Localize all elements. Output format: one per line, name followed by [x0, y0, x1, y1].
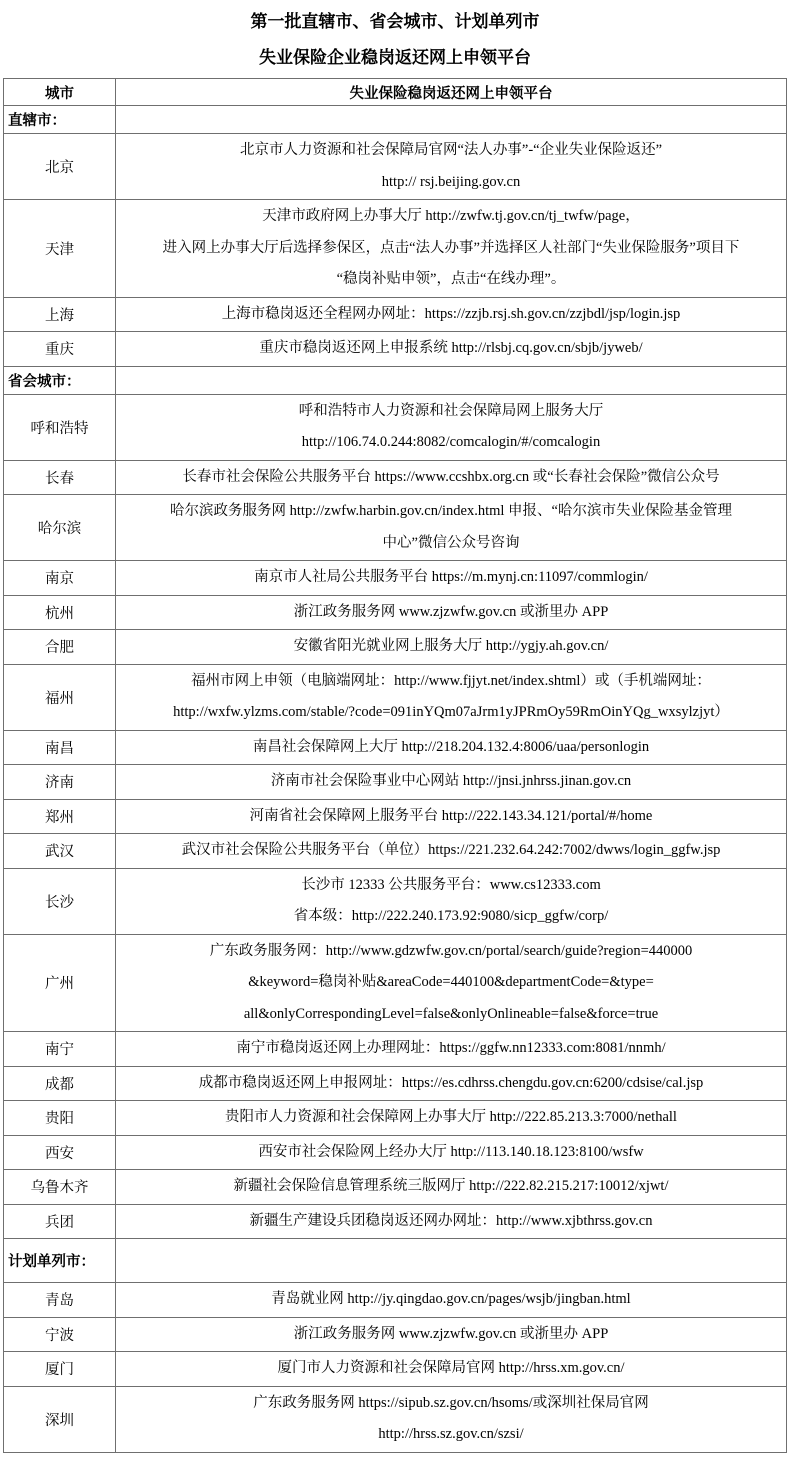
table-row: 呼和浩特呼和浩特市人力资源和社会保障局网上服务大厅http://106.74.0…	[4, 394, 787, 460]
city-name: 北京	[4, 134, 116, 200]
city-name: 宁波	[4, 1317, 116, 1352]
city-name: 哈尔滨	[4, 495, 116, 561]
platform-line: http://wxfw.ylzms.com/stable/?code=091in…	[120, 697, 782, 729]
platform-info: 上海市稳岗返还全程网办网址：https://zzjb.rsj.sh.gov.cn…	[116, 297, 787, 332]
table-row: 长春长春市社会保险公共服务平台 https://www.ccshbx.org.c…	[4, 460, 787, 495]
city-name: 长沙	[4, 868, 116, 934]
table-row: 南京南京市人社局公共服务平台 https://m.mynj.cn:11097/c…	[4, 561, 787, 596]
platform-info: 长沙市 12333 公共服务平台：www.cs12333.com省本级：http…	[116, 868, 787, 934]
table-row: 武汉武汉市社会保险公共服务平台（单位）https://221.232.64.24…	[4, 834, 787, 869]
table-row: 贵阳贵阳市人力资源和社会保障网上办事大厅 http://222.85.213.3…	[4, 1101, 787, 1136]
platform-line: http://106.74.0.244:8082/comcalogin/#/co…	[120, 427, 782, 459]
table-row: 青岛青岛就业网 http://jy.qingdao.gov.cn/pages/w…	[4, 1283, 787, 1318]
document: 第一批直辖市、省会城市、计划单列市 失业保险企业稳岗返还网上申领平台 城市 失业…	[0, 0, 790, 1470]
city-name: 兵团	[4, 1204, 116, 1239]
platform-line: 武汉市社会保险公共服务平台（单位）https://221.232.64.242:…	[120, 835, 782, 867]
city-name: 济南	[4, 765, 116, 800]
platform-line: 中心”微信公众号咨询	[120, 528, 782, 560]
platform-line: 北京市人力资源和社会保障局官网“法人办事”-“企业失业保险返还”	[120, 135, 782, 167]
city-name: 深圳	[4, 1386, 116, 1452]
city-name: 青岛	[4, 1283, 116, 1318]
platform-line: 浙江政务服务网 www.zjzwfw.gov.cn 或浙里办 APP	[120, 597, 782, 629]
table-row: 长沙长沙市 12333 公共服务平台：www.cs12333.com省本级：ht…	[4, 868, 787, 934]
table-row: 济南济南市社会保险事业中心网站 http://jnsi.jnhrss.jinan…	[4, 765, 787, 800]
platform-line: 长沙市 12333 公共服务平台：www.cs12333.com	[120, 870, 782, 902]
table-row: 宁波浙江政务服务网 www.zjzwfw.gov.cn 或浙里办 APP	[4, 1317, 787, 1352]
section-label: 省会城市：	[4, 366, 116, 394]
platform-line: 重庆市稳岗返还网上申报系统 http://rlsbj.cq.gov.cn/sbj…	[120, 333, 782, 365]
platform-line: 广东政务服务网：http://www.gdzwfw.gov.cn/portal/…	[120, 936, 782, 968]
table-row: 南昌南昌社会保障网上大厅 http://218.204.132.4:8006/u…	[4, 730, 787, 765]
platform-info: 呼和浩特市人力资源和社会保障局网上服务大厅http://106.74.0.244…	[116, 394, 787, 460]
table-row: 西安西安市社会保险网上经办大厅 http://113.140.18.123:81…	[4, 1135, 787, 1170]
table-row: 成都成都市稳岗返还网上申报网址：https://es.cdhrss.chengd…	[4, 1066, 787, 1101]
table-row: 直辖市：	[4, 106, 787, 134]
header-city-cell: 城市	[4, 79, 116, 106]
platform-line: 安徽省阳光就业网上服务大厅 http://ygjy.ah.gov.cn/	[120, 631, 782, 663]
table-body: 直辖市：北京北京市人力资源和社会保障局官网“法人办事”-“企业失业保险返还”ht…	[4, 106, 787, 1453]
city-name: 福州	[4, 664, 116, 730]
platform-info: 贵阳市人力资源和社会保障网上办事大厅 http://222.85.213.3:7…	[116, 1101, 787, 1136]
city-name: 重庆	[4, 332, 116, 367]
city-name: 厦门	[4, 1352, 116, 1387]
platform-line: &keyword=稳岗补贴&areaCode=440100&department…	[120, 967, 782, 999]
section-empty-cell	[116, 106, 787, 134]
table-row: 重庆重庆市稳岗返还网上申报系统 http://rlsbj.cq.gov.cn/s…	[4, 332, 787, 367]
platform-info: 新疆生产建设兵团稳岗返还网办网址：http://www.xjbthrss.gov…	[116, 1204, 787, 1239]
platform-line: 青岛就业网 http://jy.qingdao.gov.cn/pages/wsj…	[120, 1284, 782, 1316]
city-name: 南昌	[4, 730, 116, 765]
platform-line: 呼和浩特市人力资源和社会保障局网上服务大厅	[120, 396, 782, 428]
platform-info: 安徽省阳光就业网上服务大厅 http://ygjy.ah.gov.cn/	[116, 630, 787, 665]
platform-info: 长春市社会保险公共服务平台 https://www.ccshbx.org.cn …	[116, 460, 787, 495]
platform-info: 河南省社会保障网上服务平台 http://222.143.34.121/port…	[116, 799, 787, 834]
platform-line: 成都市稳岗返还网上申报网址：https://es.cdhrss.chengdu.…	[120, 1068, 782, 1100]
platform-info: 重庆市稳岗返还网上申报系统 http://rlsbj.cq.gov.cn/sbj…	[116, 332, 787, 367]
city-name: 西安	[4, 1135, 116, 1170]
city-name: 南宁	[4, 1032, 116, 1067]
section-label: 直辖市：	[4, 106, 116, 134]
platform-info: 成都市稳岗返还网上申报网址：https://es.cdhrss.chengdu.…	[116, 1066, 787, 1101]
document-title-line1: 第一批直辖市、省会城市、计划单列市	[0, 4, 790, 40]
city-name: 乌鲁木齐	[4, 1170, 116, 1205]
platform-info: 天津市政府网上办事大厅 http://zwfw.tj.gov.cn/tj_twf…	[116, 200, 787, 298]
table-row: 计划单列市：	[4, 1239, 787, 1283]
platform-line: 哈尔滨政务服务网 http://zwfw.harbin.gov.cn/index…	[120, 496, 782, 528]
platform-info: 西安市社会保险网上经办大厅 http://113.140.18.123:8100…	[116, 1135, 787, 1170]
platform-line: 上海市稳岗返还全程网办网址：https://zzjb.rsj.sh.gov.cn…	[120, 299, 782, 331]
table-row: 哈尔滨哈尔滨政务服务网 http://zwfw.harbin.gov.cn/in…	[4, 495, 787, 561]
table-row: 广州广东政务服务网：http://www.gdzwfw.gov.cn/porta…	[4, 934, 787, 1032]
platform-info: 南宁市稳岗返还网上办理网址：https://ggfw.nn12333.com:8…	[116, 1032, 787, 1067]
platform-info: 南昌社会保障网上大厅 http://218.204.132.4:8006/uaa…	[116, 730, 787, 765]
table-row: 合肥安徽省阳光就业网上服务大厅 http://ygjy.ah.gov.cn/	[4, 630, 787, 665]
table-row: 郑州河南省社会保障网上服务平台 http://222.143.34.121/po…	[4, 799, 787, 834]
city-name: 南京	[4, 561, 116, 596]
section-label: 计划单列市：	[4, 1239, 116, 1283]
section-empty-cell	[116, 366, 787, 394]
platform-line: 广东政务服务网 https://sipub.sz.gov.cn/hsoms/或深…	[120, 1388, 782, 1420]
platform-line: http:// rsj.beijing.gov.cn	[120, 167, 782, 199]
header-row: 城市 失业保险稳岗返还网上申领平台	[4, 79, 787, 106]
table-row: 天津天津市政府网上办事大厅 http://zwfw.tj.gov.cn/tj_t…	[4, 200, 787, 298]
table-row: 厦门厦门市人力资源和社会保障局官网 http://hrss.xm.gov.cn/	[4, 1352, 787, 1387]
platform-info: 南京市人社局公共服务平台 https://m.mynj.cn:11097/com…	[116, 561, 787, 596]
platform-line: 河南省社会保障网上服务平台 http://222.143.34.121/port…	[120, 801, 782, 833]
platform-info: 武汉市社会保险公共服务平台（单位）https://221.232.64.242:…	[116, 834, 787, 869]
platform-info: 广东政务服务网 https://sipub.sz.gov.cn/hsoms/或深…	[116, 1386, 787, 1452]
table-row: 北京北京市人力资源和社会保障局官网“法人办事”-“企业失业保险返还”http:/…	[4, 134, 787, 200]
city-name: 长春	[4, 460, 116, 495]
city-name: 广州	[4, 934, 116, 1032]
platform-line: 省本级：http://222.240.173.92:9080/sicp_ggfw…	[120, 901, 782, 933]
city-name: 呼和浩特	[4, 394, 116, 460]
platform-line: 贵阳市人力资源和社会保障网上办事大厅 http://222.85.213.3:7…	[120, 1102, 782, 1134]
platform-info: 济南市社会保险事业中心网站 http://jnsi.jnhrss.jinan.g…	[116, 765, 787, 800]
city-name: 杭州	[4, 595, 116, 630]
table-row: 南宁南宁市稳岗返还网上办理网址：https://ggfw.nn12333.com…	[4, 1032, 787, 1067]
table-row: 杭州浙江政务服务网 www.zjzwfw.gov.cn 或浙里办 APP	[4, 595, 787, 630]
platform-line: 南昌社会保障网上大厅 http://218.204.132.4:8006/uaa…	[120, 732, 782, 764]
city-name: 天津	[4, 200, 116, 298]
table-row: 深圳广东政务服务网 https://sipub.sz.gov.cn/hsoms/…	[4, 1386, 787, 1452]
platform-info: 哈尔滨政务服务网 http://zwfw.harbin.gov.cn/index…	[116, 495, 787, 561]
platform-line: 南京市人社局公共服务平台 https://m.mynj.cn:11097/com…	[120, 562, 782, 594]
platform-line: 南宁市稳岗返还网上办理网址：https://ggfw.nn12333.com:8…	[120, 1033, 782, 1065]
city-name: 武汉	[4, 834, 116, 869]
platform-line: 新疆生产建设兵团稳岗返还网办网址：http://www.xjbthrss.gov…	[120, 1206, 782, 1238]
platform-info: 北京市人力资源和社会保障局官网“法人办事”-“企业失业保险返还”http:// …	[116, 134, 787, 200]
platform-line: “稳岗补贴申领”，点击“在线办理”。	[120, 264, 782, 296]
platform-info: 福州市网上申领（电脑端网址：http://www.fjjyt.net/index…	[116, 664, 787, 730]
platform-line: 厦门市人力资源和社会保障局官网 http://hrss.xm.gov.cn/	[120, 1353, 782, 1385]
table-row: 省会城市：	[4, 366, 787, 394]
city-name: 合肥	[4, 630, 116, 665]
platform-line: 济南市社会保险事业中心网站 http://jnsi.jnhrss.jinan.g…	[120, 766, 782, 798]
platform-line: 进入网上办事大厅后选择参保区，点击“法人办事”并选择区人社部门“失业保险服务”项…	[120, 233, 782, 265]
table-row: 福州福州市网上申领（电脑端网址：http://www.fjjyt.net/ind…	[4, 664, 787, 730]
platform-info: 浙江政务服务网 www.zjzwfw.gov.cn 或浙里办 APP	[116, 595, 787, 630]
table-row: 兵团新疆生产建设兵团稳岗返还网办网址：http://www.xjbthrss.g…	[4, 1204, 787, 1239]
city-name: 成都	[4, 1066, 116, 1101]
city-name: 上海	[4, 297, 116, 332]
platform-line: all&onlyCorrespondingLevel=false&onlyOnl…	[120, 999, 782, 1031]
table-row: 上海上海市稳岗返还全程网办网址：https://zzjb.rsj.sh.gov.…	[4, 297, 787, 332]
platform-line: 新疆社会保险信息管理系统三版网厅 http://222.82.215.217:1…	[120, 1171, 782, 1203]
city-name: 贵阳	[4, 1101, 116, 1136]
platform-line: 福州市网上申领（电脑端网址：http://www.fjjyt.net/index…	[120, 666, 782, 698]
platform-line: 西安市社会保险网上经办大厅 http://113.140.18.123:8100…	[120, 1137, 782, 1169]
city-name: 郑州	[4, 799, 116, 834]
platform-info: 浙江政务服务网 www.zjzwfw.gov.cn 或浙里办 APP	[116, 1317, 787, 1352]
platform-info: 新疆社会保险信息管理系统三版网厅 http://222.82.215.217:1…	[116, 1170, 787, 1205]
header-platform-cell: 失业保险稳岗返还网上申领平台	[116, 79, 787, 106]
platform-line: 长春市社会保险公共服务平台 https://www.ccshbx.org.cn …	[120, 462, 782, 494]
platform-line: http://hrss.sz.gov.cn/szsi/	[120, 1419, 782, 1451]
platform-info: 青岛就业网 http://jy.qingdao.gov.cn/pages/wsj…	[116, 1283, 787, 1318]
table-row: 乌鲁木齐新疆社会保险信息管理系统三版网厅 http://222.82.215.2…	[4, 1170, 787, 1205]
platform-line: 天津市政府网上办事大厅 http://zwfw.tj.gov.cn/tj_twf…	[120, 201, 782, 233]
platform-info: 广东政务服务网：http://www.gdzwfw.gov.cn/portal/…	[116, 934, 787, 1032]
platform-table: 城市 失业保险稳岗返还网上申领平台 直辖市：北京北京市人力资源和社会保障局官网“…	[3, 78, 787, 1453]
platform-info: 厦门市人力资源和社会保障局官网 http://hrss.xm.gov.cn/	[116, 1352, 787, 1387]
section-empty-cell	[116, 1239, 787, 1283]
document-title-line2: 失业保险企业稳岗返还网上申领平台	[0, 40, 790, 76]
platform-line: 浙江政务服务网 www.zjzwfw.gov.cn 或浙里办 APP	[120, 1319, 782, 1351]
